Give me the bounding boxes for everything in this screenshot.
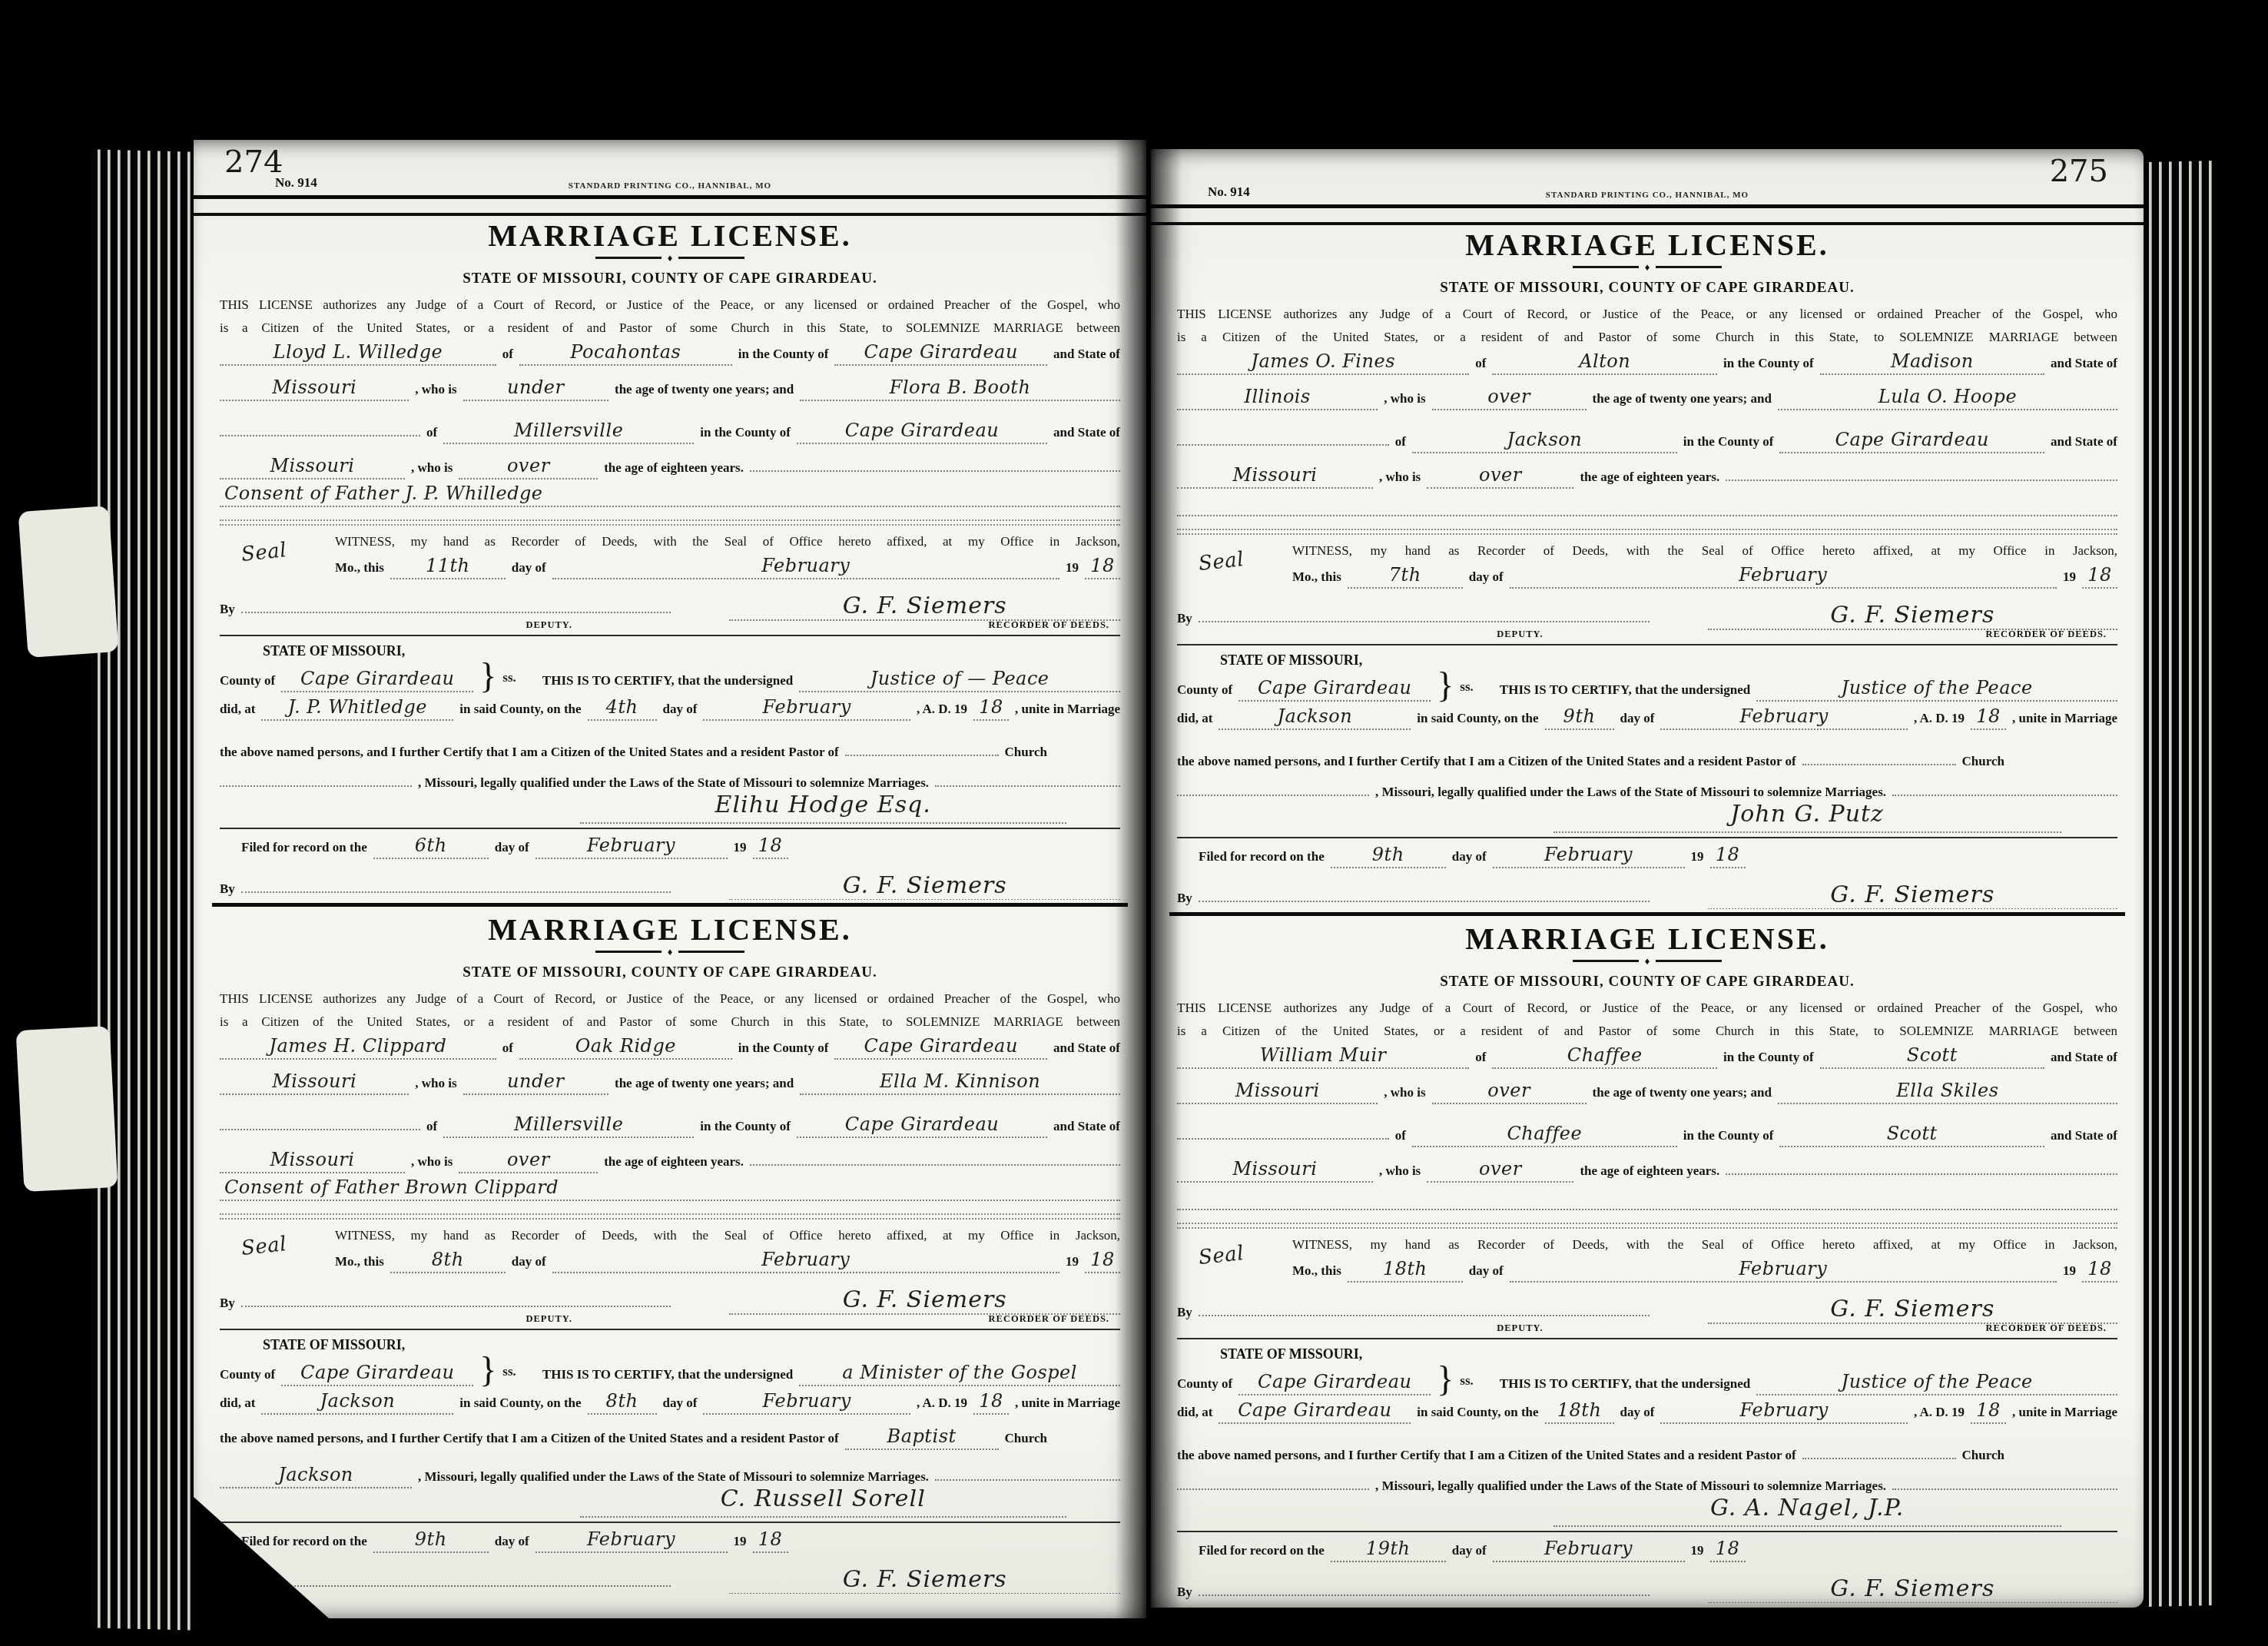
state-label: and State of bbox=[2051, 1128, 2117, 1143]
did-at-label: did, at bbox=[1177, 1405, 1212, 1420]
county-label: in the County of bbox=[1723, 356, 1814, 371]
groom-state: Missouri bbox=[1177, 1080, 1378, 1104]
ornament-bar bbox=[595, 257, 661, 259]
consent-row: Consent of Father Brown Clippard bbox=[220, 1176, 1120, 1210]
marriage-year: 18 bbox=[973, 696, 1009, 721]
age21-label: the age of twenty one years; and bbox=[1593, 1085, 1772, 1100]
witness-main: WITNESS, my hand as Recorder of Deeds, w… bbox=[335, 1224, 1120, 1283]
captions-row: DEPUTY. RECORDER OF DEEDS. bbox=[1177, 1602, 2117, 1603]
mo-this-label: Mo., this bbox=[1292, 1263, 1341, 1279]
printer-imprint: STANDARD PRINTING CO., HANNIBAL, MO bbox=[569, 181, 771, 191]
deputy-signature-blank bbox=[1199, 598, 1650, 622]
church-town bbox=[1177, 1465, 1369, 1490]
recorder-signature-row: By G. F. Siemers bbox=[1177, 1292, 2117, 1322]
page-header: No. 914 STANDARD PRINTING CO., HANNIBAL,… bbox=[220, 148, 1120, 195]
captions-row: DEPUTY. RECORDER OF DEEDS. bbox=[220, 1313, 1120, 1325]
ornament-bar bbox=[1656, 266, 1722, 268]
filed-year: 18 bbox=[1710, 1538, 1746, 1562]
certify-body: the above named persons, and I further C… bbox=[1177, 754, 1796, 769]
witness-day: 18th bbox=[1348, 1258, 1463, 1283]
state-label: and State of bbox=[2051, 434, 2117, 450]
deputy-signature-blank bbox=[241, 1562, 671, 1587]
unite-label: , unite in Marriage bbox=[1015, 1395, 1120, 1411]
groom-name: James H. Clippard bbox=[220, 1035, 496, 1060]
recorder-signature: G. F. Siemers bbox=[1708, 1575, 2117, 1603]
groom-row: James O. Fines of Alton in the County of… bbox=[1177, 350, 2117, 384]
register-book-scan: 274 No. 914 STANDARD PRINTING CO., HANNI… bbox=[0, 0, 2268, 1646]
form-subtitle: STATE OF MISSOURI, COUNTY OF CAPE GIRARD… bbox=[1177, 974, 2117, 991]
witness-text: WITNESS, my hand as Recorder of Deeds, w… bbox=[335, 1224, 1120, 1247]
ruled-blank-line bbox=[1177, 529, 2117, 530]
bride-name: Ella M. Kinnison bbox=[800, 1070, 1120, 1095]
filed-signature-row: By G. F. Siemers bbox=[1177, 878, 2117, 908]
ornament-bar bbox=[1573, 266, 1639, 268]
page-edge-tab bbox=[16, 1026, 118, 1192]
recorder-signature: G. F. Siemers bbox=[729, 872, 1120, 900]
ornament-bar bbox=[595, 951, 661, 953]
brace-glyph: } bbox=[479, 1358, 496, 1382]
license-text-line1: THIS LICENSE authorizes any Judge of a C… bbox=[220, 987, 1120, 1010]
nineteen-label: 19 bbox=[2063, 1263, 2076, 1279]
who-is-label: , who is bbox=[415, 1076, 456, 1091]
license-text-line2: is a Citizen of the United States, or a … bbox=[220, 317, 1120, 340]
state-label: and State of bbox=[2051, 356, 2117, 371]
of-label: of bbox=[1395, 434, 1406, 450]
certificate-county: Cape Girardeau bbox=[1238, 677, 1431, 702]
bride-residence: Chaffee bbox=[1412, 1123, 1677, 1147]
bride-row2: Missouri , who is over the age of eighte… bbox=[220, 447, 1120, 481]
recorder-signature: G. F. Siemers bbox=[729, 592, 1120, 621]
bride-state: Missouri bbox=[220, 455, 405, 480]
blank-segment bbox=[1892, 772, 2117, 796]
captions-row: DEPUTY. RECORDER OF DEEDS. bbox=[1177, 1322, 2117, 1334]
book-gutter-shadow bbox=[1116, 123, 1182, 1629]
marriage-month: February bbox=[703, 1390, 910, 1415]
marriage-month: February bbox=[1660, 705, 1908, 730]
state-of-missouri: STATE OF MISSOURI, bbox=[263, 1337, 1120, 1353]
witness-text: WITNESS, my hand as Recorder of Deeds, w… bbox=[335, 530, 1120, 553]
day-of-label: day of bbox=[495, 1534, 529, 1549]
groom-row: William Muir of Chaffee in the County of… bbox=[1177, 1044, 2117, 1078]
mo-this-label: Mo., this bbox=[1292, 569, 1341, 585]
filed-month: February bbox=[1493, 844, 1685, 868]
filed-row: Filed for record on the 6th day of Febru… bbox=[220, 835, 1120, 868]
license-slot-top-left: MARRIAGE LICENSE. ♦ STATE OF MISSOURI, C… bbox=[220, 216, 1120, 900]
blank-segment bbox=[220, 412, 420, 436]
bride-row: of Chaffee in the County of Scott and St… bbox=[1177, 1115, 2117, 1149]
filed-signature-row: By G. F. Siemers bbox=[220, 1562, 1120, 1593]
bride-name: Ella Skiles bbox=[1778, 1080, 2117, 1104]
witness-year: 18 bbox=[2082, 564, 2117, 589]
consent-note bbox=[1177, 492, 2117, 516]
recorder-caption: RECORDER OF DEEDS. bbox=[1986, 629, 2107, 640]
right-page: 275 No. 914 STANDARD PRINTING CO., HANNI… bbox=[1151, 149, 2144, 1608]
brace-glyph: } bbox=[1437, 673, 1454, 698]
form-title: MARRIAGE LICENSE. bbox=[220, 219, 1120, 253]
day-of-label: day of bbox=[512, 1254, 546, 1269]
recorder-caption: RECORDER OF DEEDS. bbox=[989, 899, 1109, 900]
witness-text: WITNESS, my hand as Recorder of Deeds, w… bbox=[1292, 539, 2117, 562]
witness-date-row: Mo., this 7th day of February 19 18 bbox=[1292, 564, 2117, 598]
certify-lead: THIS IS TO CERTIFY, that the undersigned bbox=[1500, 1376, 1750, 1392]
ss-label: ss. bbox=[1460, 1373, 1473, 1389]
groom-residence: Pocahontas bbox=[519, 341, 732, 366]
blank-segment bbox=[1726, 456, 2117, 481]
recorder-caption: RECORDER OF DEEDS. bbox=[1986, 1322, 2107, 1334]
certify-row1: County of Cape Girardeau } ss. THIS IS T… bbox=[1177, 670, 2117, 704]
seal-note: Seal bbox=[1198, 548, 1245, 576]
deputy-caption: DEPUTY. bbox=[1497, 1322, 1543, 1334]
license-text-line2: is a Citizen of the United States, or a … bbox=[1177, 1020, 2117, 1043]
county-of-label: County of bbox=[1177, 682, 1232, 698]
right-page-content: 275 No. 914 STANDARD PRINTING CO., HANNI… bbox=[1151, 149, 2144, 1608]
ss-label: ss. bbox=[502, 670, 516, 685]
church-town: Jackson bbox=[220, 1464, 412, 1488]
certify-tail: , Missouri, legally qualified under the … bbox=[1375, 785, 1886, 800]
form-title: MARRIAGE LICENSE. bbox=[1177, 228, 2117, 262]
witness-block: Seal WITNESS, my hand as Recorder of Dee… bbox=[1177, 539, 2117, 598]
license-text-line1: THIS LICENSE authorizes any Judge of a C… bbox=[220, 294, 1120, 317]
certify-lead: THIS IS TO CERTIFY, that the undersigned bbox=[1500, 682, 1750, 698]
witness-month: February bbox=[1510, 1258, 2057, 1283]
who-is-label: , who is bbox=[411, 1154, 453, 1170]
certify-body: the above named persons, and I further C… bbox=[220, 1431, 839, 1446]
nineteen-label: 19 bbox=[1066, 1254, 1079, 1269]
bride-county: Cape Girardeau bbox=[797, 420, 1047, 444]
recorder-signature: G. F. Siemers bbox=[1708, 881, 2117, 909]
deputy-signature-blank bbox=[1199, 878, 1650, 902]
by-label: By bbox=[220, 881, 235, 897]
state-label: and State of bbox=[1053, 347, 1120, 362]
state-label: and State of bbox=[2051, 1050, 2117, 1065]
county-label: in the County of bbox=[738, 1040, 829, 1056]
certify-row4: , Missouri, legally qualified under the … bbox=[1177, 772, 2117, 801]
deputy-caption: DEPUTY. bbox=[1497, 629, 1543, 640]
license-text-line2: is a Citizen of the United States, or a … bbox=[1177, 326, 2117, 349]
seal-note: Seal bbox=[240, 1233, 288, 1260]
deputy-signature-blank bbox=[1199, 1292, 1650, 1316]
groom-county: Cape Girardeau bbox=[834, 341, 1047, 366]
witness-year: 18 bbox=[2082, 1258, 2117, 1283]
marriage-day: 18th bbox=[1545, 1399, 1614, 1424]
form-separator-rule bbox=[212, 903, 1128, 907]
page-edge-stack-left bbox=[91, 149, 197, 1630]
officiant-signature: Elihu Hodge Esq. bbox=[580, 791, 1066, 824]
mo-this-label: Mo., this bbox=[335, 1254, 384, 1269]
officiant-title: Justice of the Peace bbox=[1756, 1371, 2117, 1395]
seal-note: Seal bbox=[240, 539, 288, 566]
title-ornament: ♦ bbox=[1177, 262, 2117, 272]
diamond-icon: ♦ bbox=[1645, 262, 1650, 272]
marriage-day: 4th bbox=[588, 696, 657, 721]
bride-row2: Missouri , who is over the age of eighte… bbox=[220, 1141, 1120, 1175]
by-label: By bbox=[220, 1296, 235, 1311]
filed-month: February bbox=[535, 835, 728, 859]
of-label: of bbox=[426, 425, 437, 440]
filed-day: 19th bbox=[1331, 1538, 1446, 1562]
bride-state: Missouri bbox=[1177, 1158, 1373, 1183]
deputy-signature-blank bbox=[241, 1283, 671, 1307]
nineteen-label: 19 bbox=[1691, 1543, 1704, 1558]
recorder-caption: RECORDER OF DEEDS. bbox=[989, 1593, 1109, 1594]
marriage-place: J. P. Whitledge bbox=[261, 696, 453, 721]
certify-row2: did, at Jackson in said County, on the 9… bbox=[1177, 705, 2117, 739]
seal-column: Seal bbox=[1177, 539, 1292, 598]
groom-name: William Muir bbox=[1177, 1044, 1469, 1069]
bride-row2: Missouri , who is over the age of eighte… bbox=[1177, 1150, 2117, 1184]
ornament-bar bbox=[1573, 960, 1639, 962]
bride-residence: Jackson bbox=[1412, 429, 1677, 453]
pastor-of-denomination bbox=[1802, 741, 1956, 765]
consent-note: Consent of Father J. P. Whilledge bbox=[220, 483, 1120, 507]
officiant-title: a Minister of the Gospel bbox=[799, 1362, 1120, 1386]
filed-day: 9th bbox=[1331, 844, 1446, 868]
deputy-signature-blank bbox=[1199, 1571, 1650, 1596]
header-double-rule bbox=[194, 195, 1146, 216]
seal-column: Seal bbox=[1177, 1233, 1292, 1292]
consent-row bbox=[1177, 492, 2117, 526]
page-header: No. 914 STANDARD PRINTING CO., HANNIBAL,… bbox=[1177, 157, 2117, 204]
form-title: MARRIAGE LICENSE. bbox=[220, 913, 1120, 947]
form-subtitle: STATE OF MISSOURI, COUNTY OF CAPE GIRARD… bbox=[220, 270, 1120, 287]
state-of-missouri: STATE OF MISSOURI, bbox=[1220, 652, 2117, 669]
captions-row: DEPUTY. RECORDER OF DEEDS. bbox=[220, 899, 1120, 900]
groom-name: James O. Fines bbox=[1177, 350, 1469, 375]
certify-row3: the above named persons, and I further C… bbox=[1177, 1435, 2117, 1464]
license-text-line2: is a Citizen of the United States, or a … bbox=[220, 1010, 1120, 1034]
age18-label: the age of eighteen years. bbox=[604, 1154, 744, 1170]
unite-label: , unite in Marriage bbox=[2012, 711, 2117, 726]
witness-block: Seal WITNESS, my hand as Recorder of Dee… bbox=[1177, 1233, 2117, 1292]
section-divider bbox=[220, 635, 1120, 636]
groom-state: Missouri bbox=[220, 377, 409, 401]
by-label: By bbox=[220, 602, 235, 617]
filed-day: 6th bbox=[373, 835, 489, 859]
state-of-missouri: STATE OF MISSOURI, bbox=[1220, 1346, 2117, 1362]
groom-state: Illinois bbox=[1177, 386, 1378, 410]
witness-month: February bbox=[552, 1249, 1059, 1273]
page-edge-stack-right bbox=[2142, 161, 2216, 1607]
day-of-label: day of bbox=[512, 560, 546, 576]
age21-label: the age of twenty one years; and bbox=[615, 382, 794, 397]
marriage-license-form: MARRIAGE LICENSE. ♦ STATE OF MISSOURI, C… bbox=[1177, 919, 2117, 1603]
bride-state: Missouri bbox=[220, 1149, 405, 1173]
county-label: in the County of bbox=[1683, 1128, 1774, 1143]
certify-row2: did, at J. P. Whitledge in said County, … bbox=[220, 696, 1120, 730]
consent-row bbox=[1177, 1186, 2117, 1220]
of-label: of bbox=[1475, 1050, 1486, 1065]
unite-label: , unite in Marriage bbox=[2012, 1405, 2117, 1420]
who-is-label: , who is bbox=[1384, 1085, 1425, 1100]
title-ornament: ♦ bbox=[220, 947, 1120, 957]
form-subtitle: STATE OF MISSOURI, COUNTY OF CAPE GIRARD… bbox=[1177, 280, 2117, 297]
witness-date-row: Mo., this 18th day of February 19 18 bbox=[1292, 1258, 2117, 1292]
officiant-signature: G. A. Nagel, J.P. bbox=[1553, 1495, 2061, 1527]
blank-segment bbox=[1177, 1115, 1389, 1140]
state-label: and State of bbox=[1053, 1119, 1120, 1134]
blank-segment bbox=[1892, 1465, 2117, 1490]
groom-row2: Missouri , who is under the age of twent… bbox=[220, 377, 1120, 410]
left-page-content: 274 No. 914 STANDARD PRINTING CO., HANNI… bbox=[194, 140, 1146, 1618]
age21-label: the age of twenty one years; and bbox=[1593, 391, 1772, 407]
deputy-caption: DEPUTY. bbox=[526, 1593, 572, 1594]
certify-tail: , Missouri, legally qualified under the … bbox=[418, 1469, 929, 1485]
bride-county: Scott bbox=[1779, 1123, 2044, 1147]
bride-name: Flora B. Booth bbox=[800, 377, 1120, 401]
deputy-signature-blank bbox=[241, 589, 671, 613]
marriage-place: Jackson bbox=[1219, 705, 1411, 730]
ss-label: ss. bbox=[1460, 679, 1473, 695]
groom-row: Lloyd L. Willedge of Pocahontas in the C… bbox=[220, 341, 1120, 375]
state-label: and State of bbox=[1053, 1040, 1120, 1056]
ornament-bar bbox=[678, 257, 744, 259]
blank-segment bbox=[750, 447, 1120, 472]
who-is-label: , who is bbox=[1384, 391, 1425, 407]
groom-age-qualifier: under bbox=[463, 377, 608, 401]
witness-date-row: Mo., this 8th day of February 19 18 bbox=[335, 1249, 1120, 1283]
church-label: Church bbox=[1005, 1431, 1047, 1446]
ruled-blank-line bbox=[220, 519, 1120, 521]
blank-segment bbox=[750, 1141, 1120, 1166]
form-subtitle: STATE OF MISSOURI, COUNTY OF CAPE GIRARD… bbox=[220, 964, 1120, 981]
bride-row: of Millersville in the County of Cape Gi… bbox=[220, 412, 1120, 446]
ruled-blank-line bbox=[220, 1218, 1120, 1220]
ruled-blank-line bbox=[1177, 1227, 2117, 1229]
did-at-label: did, at bbox=[1177, 711, 1212, 726]
nineteen-label: 19 bbox=[2063, 569, 2076, 585]
witness-block: Seal WITNESS, my hand as Recorder of Dee… bbox=[220, 530, 1120, 589]
bride-row: of Jackson in the County of Cape Girarde… bbox=[1177, 421, 2117, 455]
recorder-signature: G. F. Siemers bbox=[729, 1566, 1120, 1594]
form-number: No. 914 bbox=[275, 175, 317, 191]
deputy-caption: DEPUTY. bbox=[1497, 1602, 1543, 1603]
witness-main: WITNESS, my hand as Recorder of Deeds, w… bbox=[1292, 1233, 2117, 1292]
brace-glyph: } bbox=[1437, 1367, 1454, 1392]
in-said-county-label: in said County, on the bbox=[1417, 711, 1538, 726]
unite-label: , unite in Marriage bbox=[1015, 702, 1120, 717]
blank-segment bbox=[220, 1106, 420, 1130]
certificate-county: Cape Girardeau bbox=[1238, 1371, 1431, 1395]
county-of-label: County of bbox=[220, 1367, 275, 1382]
county-of-label: County of bbox=[220, 673, 275, 689]
recorder-signature: G. F. Siemers bbox=[1708, 1296, 2117, 1324]
recorder-caption: RECORDER OF DEEDS. bbox=[1986, 1602, 2107, 1603]
left-page: 274 No. 914 STANDARD PRINTING CO., HANNI… bbox=[194, 140, 1146, 1618]
of-label: of bbox=[426, 1119, 437, 1134]
ss-label: ss. bbox=[502, 1364, 516, 1379]
filed-month: February bbox=[535, 1528, 728, 1553]
captions-row: DEPUTY. RECORDER OF DEEDS. bbox=[220, 619, 1120, 631]
witness-text: WITNESS, my hand as Recorder of Deeds, w… bbox=[1292, 1233, 2117, 1256]
age18-label: the age of eighteen years. bbox=[604, 460, 744, 476]
filed-year: 18 bbox=[1710, 844, 1746, 868]
groom-row2: Missouri , who is under the age of twent… bbox=[220, 1070, 1120, 1104]
ornament-bar bbox=[678, 951, 744, 953]
church-label: Church bbox=[1962, 754, 2004, 769]
captions-row: DEPUTY. RECORDER OF DEEDS. bbox=[220, 1593, 1120, 1594]
of-label: of bbox=[1395, 1128, 1406, 1143]
of-label: of bbox=[1475, 356, 1486, 371]
filed-day: 9th bbox=[373, 1528, 489, 1553]
groom-row: James H. Clippard of Oak Ridge in the Co… bbox=[220, 1035, 1120, 1069]
seal-note: Seal bbox=[1198, 1242, 1245, 1269]
officiant-title: Justice of — Peace bbox=[799, 668, 1120, 692]
bride-age-qualifier: over bbox=[1427, 464, 1573, 489]
ruled-blank-line bbox=[220, 1213, 1120, 1215]
certify-row3: the above named persons, and I further C… bbox=[1177, 741, 2117, 770]
certify-row3: the above named persons, and I further C… bbox=[220, 732, 1120, 761]
title-ornament: ♦ bbox=[1177, 956, 2117, 966]
section-divider bbox=[1177, 1531, 2117, 1532]
day-of-label: day of bbox=[1620, 711, 1655, 726]
title-ornament: ♦ bbox=[220, 253, 1120, 263]
recorder-signature-row: By G. F. Siemers bbox=[1177, 598, 2117, 629]
groom-residence: Oak Ridge bbox=[519, 1035, 732, 1060]
county-label: in the County of bbox=[1683, 434, 1774, 450]
recorder-signature: G. F. Siemers bbox=[729, 1286, 1120, 1315]
brace-glyph: } bbox=[479, 664, 496, 689]
filed-year: 18 bbox=[753, 835, 788, 859]
ad19-label: , A. D. 19 bbox=[1914, 711, 1965, 726]
ad19-label: , A. D. 19 bbox=[917, 1395, 967, 1411]
section-divider bbox=[1177, 837, 2117, 838]
day-of-label: day of bbox=[1452, 1543, 1487, 1558]
bride-age-qualifier: over bbox=[1427, 1158, 1573, 1183]
in-said-county-label: in said County, on the bbox=[459, 1395, 581, 1411]
blank-segment bbox=[935, 762, 1120, 787]
bride-residence: Millersville bbox=[443, 420, 694, 444]
county-label: in the County of bbox=[700, 425, 791, 440]
groom-name: Lloyd L. Willedge bbox=[220, 341, 496, 366]
who-is-label: , who is bbox=[1379, 1163, 1421, 1179]
church-town bbox=[220, 762, 412, 787]
marriage-license-form: MARRIAGE LICENSE. ♦ STATE OF MISSOURI, C… bbox=[220, 910, 1120, 1594]
certify-tail: , Missouri, legally qualified under the … bbox=[418, 775, 929, 791]
seal-column: Seal bbox=[220, 530, 335, 589]
license-slot-bottom-left: MARRIAGE LICENSE. ♦ STATE OF MISSOURI, C… bbox=[220, 910, 1120, 1594]
age18-label: the age of eighteen years. bbox=[1580, 1163, 1719, 1179]
license-slot-bottom-right: MARRIAGE LICENSE. ♦ STATE OF MISSOURI, C… bbox=[1177, 919, 2117, 1603]
consent-note: Consent of Father Brown Clippard bbox=[220, 1176, 1120, 1201]
groom-residence: Chaffee bbox=[1492, 1044, 1717, 1069]
bride-row2: Missouri , who is over the age of eighte… bbox=[1177, 456, 2117, 490]
diamond-icon: ♦ bbox=[668, 947, 673, 957]
deputy-caption: DEPUTY. bbox=[526, 1313, 572, 1325]
by-label: By bbox=[220, 1575, 235, 1591]
church-label: Church bbox=[1962, 1448, 2004, 1463]
day-of-label: day of bbox=[1452, 849, 1487, 864]
certify-row3: the above named persons, and I further C… bbox=[220, 1425, 1120, 1455]
county-of-label: County of bbox=[1177, 1376, 1232, 1392]
officiant-signature: C. Russell Sorell bbox=[580, 1485, 1066, 1518]
of-label: of bbox=[502, 1040, 513, 1056]
marriage-month: February bbox=[1660, 1399, 1908, 1424]
blank-segment bbox=[935, 1456, 1120, 1481]
form-title: MARRIAGE LICENSE. bbox=[1177, 922, 2117, 956]
page-edge-tab bbox=[18, 506, 119, 658]
ornament-bar bbox=[1656, 960, 1722, 962]
bride-state: Missouri bbox=[1177, 464, 1373, 489]
bride-name: Lula O. Hoope bbox=[1778, 386, 2117, 410]
groom-age-qualifier: over bbox=[1432, 386, 1587, 410]
marriage-day: 8th bbox=[588, 1390, 657, 1415]
filed-lead: Filed for record on the bbox=[241, 840, 367, 855]
witness-month: February bbox=[552, 555, 1059, 579]
day-of-label: day of bbox=[1469, 569, 1504, 585]
certificate-county: Cape Girardeau bbox=[281, 1362, 473, 1386]
filed-signature-row: By G. F. Siemers bbox=[1177, 1571, 2117, 1602]
nineteen-label: 19 bbox=[734, 840, 747, 855]
